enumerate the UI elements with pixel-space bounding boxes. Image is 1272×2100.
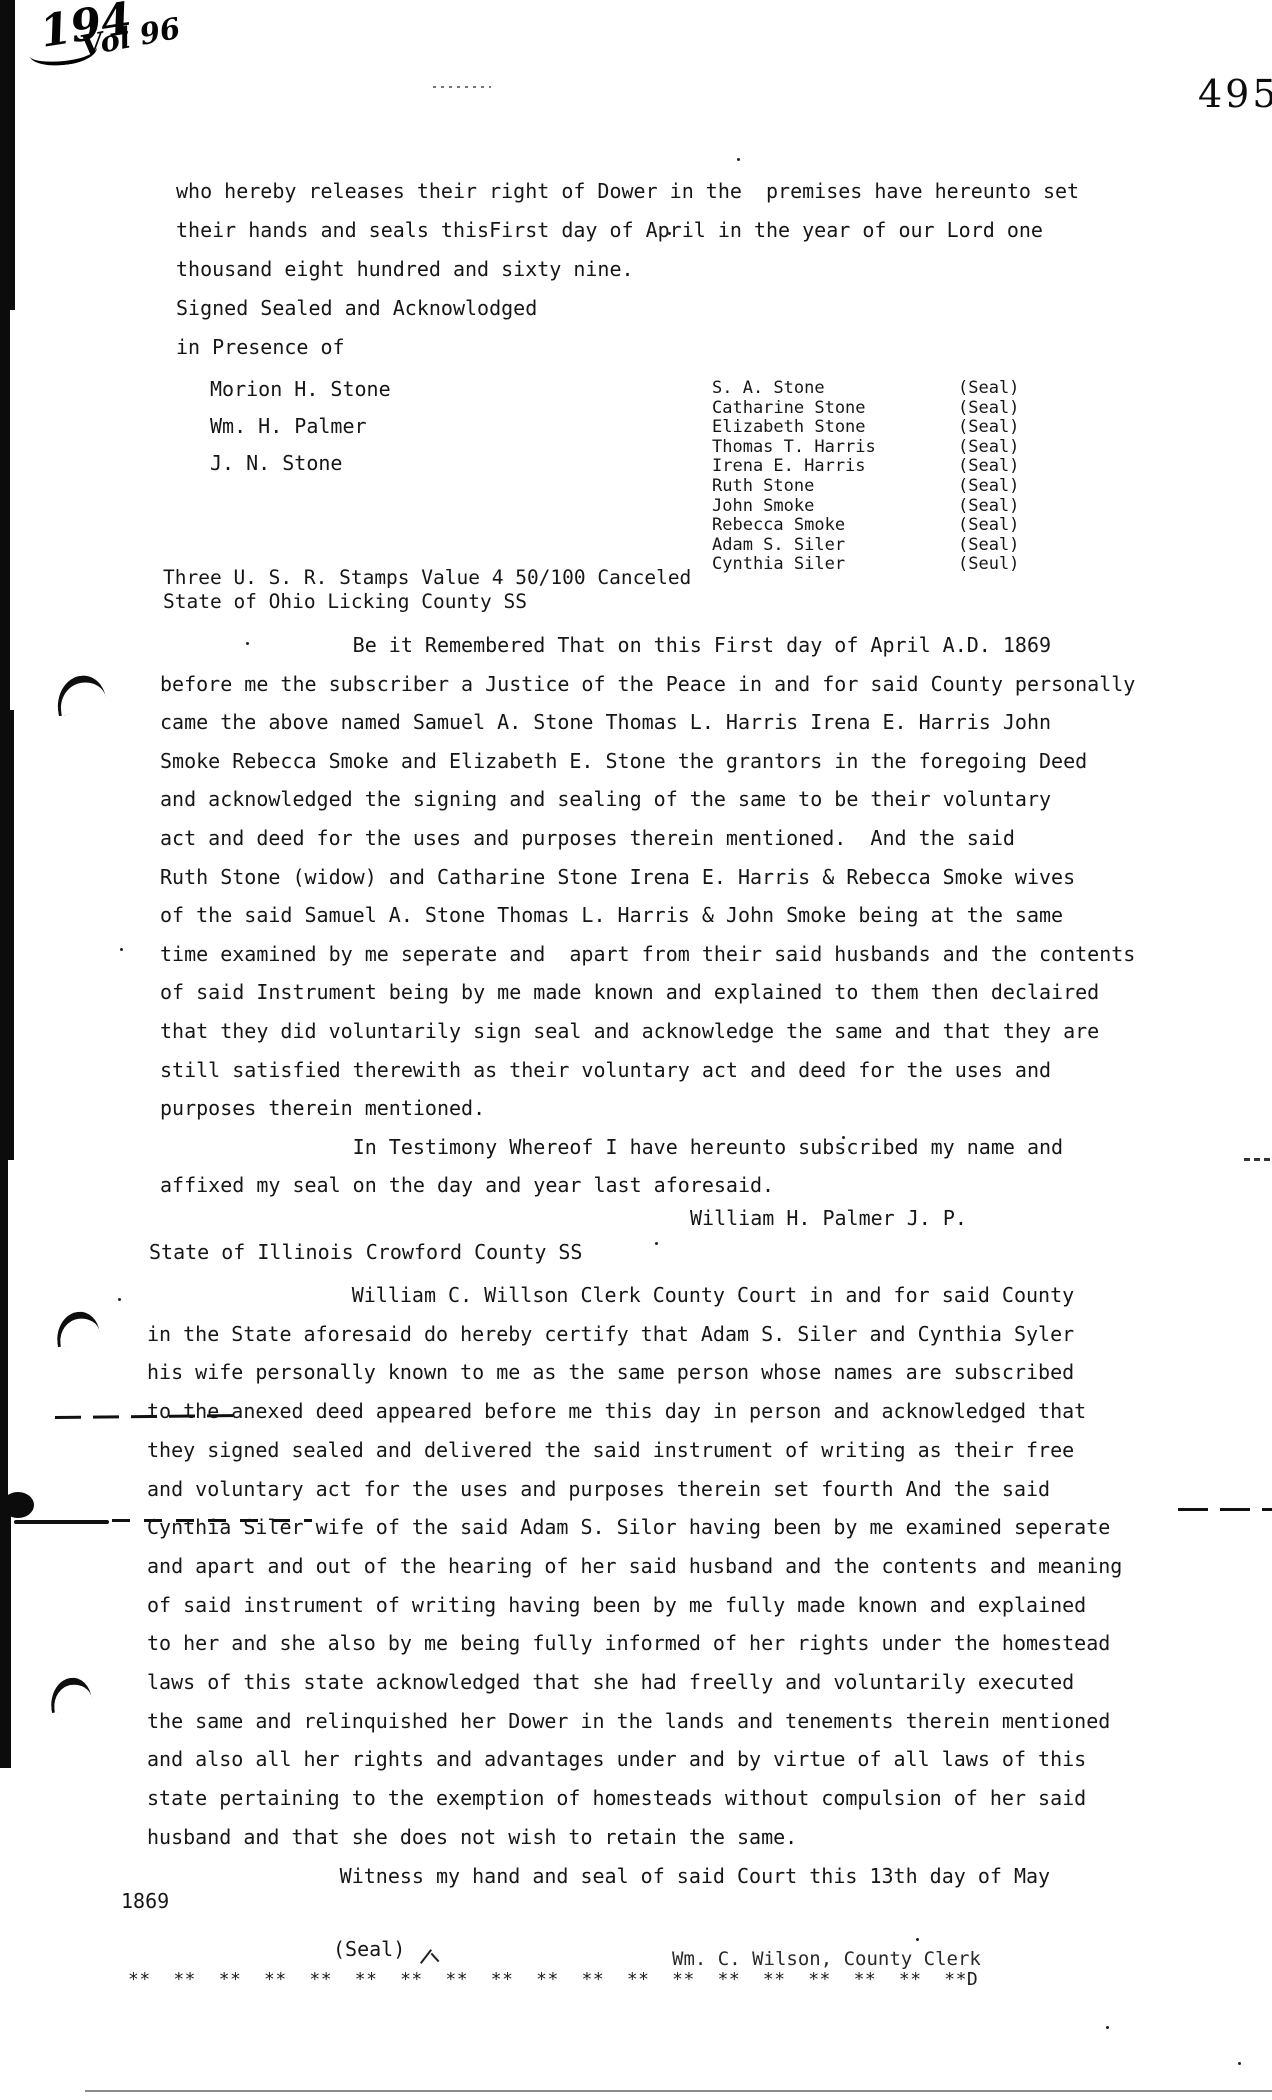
- seal-label: (Seal): [958, 497, 1019, 517]
- seal-label: (Seal): [958, 457, 1019, 477]
- text-line: Witness my hand and seal of said Court t…: [147, 1857, 1122, 1896]
- seal-label: (Seal): [958, 516, 1019, 536]
- seal-label: (Seal): [958, 536, 1019, 556]
- margin-arc-mark: [48, 1676, 92, 1713]
- handwritten-underline-swoosh: [29, 42, 99, 69]
- signer-name: Rebecca Smoke: [712, 516, 958, 536]
- text-line: state pertaining to the exemption of hom…: [147, 1779, 1122, 1818]
- ink-blob-artifact: [2, 1492, 34, 1518]
- signer-row: Cynthia Siler(Seul): [712, 555, 1042, 575]
- text-line: and voluntary act for the uses and purpo…: [147, 1470, 1122, 1509]
- signer-row: Elizabeth Stone(Seal): [712, 418, 1042, 438]
- seal-label: (Seal): [958, 399, 1019, 419]
- text-line: Smoke Rebecca Smoke and Elizabeth E. Sto…: [160, 742, 1135, 781]
- text-line: In Testimony Whereof I have hereunto sub…: [160, 1128, 1135, 1167]
- signer-list: S. A. Stone(Seal)Catharine Stone(Seal)El…: [712, 379, 1042, 575]
- signer-name: Cynthia Siler: [712, 555, 958, 575]
- left-edge-artifact: [0, 710, 14, 1160]
- text-line: still satisfied therewith as their volun…: [160, 1051, 1135, 1090]
- text-line: of said instrument of writing having bee…: [147, 1586, 1122, 1625]
- signer-name: S. A. Stone: [712, 379, 958, 399]
- text-line: laws of this state acknowledged that she…: [147, 1663, 1122, 1702]
- left-edge-artifact: [0, 1510, 11, 1768]
- margin-arc-mark: [54, 673, 108, 716]
- text-line: before me the subscriber a Justice of th…: [160, 665, 1135, 704]
- text-line: Signed Sealed and Acknowlodged: [176, 289, 1079, 328]
- revenue-stamp-note: Three U. S. R. Stamps Value 4 50/100 Can…: [163, 566, 691, 614]
- text-line: thousand eight hundred and sixty nine.: [176, 250, 1079, 289]
- year-line: 1869: [121, 1889, 169, 1913]
- signer-row: S. A. Stone(Seal): [712, 379, 1042, 399]
- text-line: Be it Remembered That on this First day …: [160, 626, 1135, 665]
- signer-name: Catharine Stone: [712, 399, 958, 419]
- text-line: State of Ohio Licking County SS: [163, 590, 691, 614]
- text-line: of the said Samuel A. Stone Thomas L. Ha…: [160, 896, 1135, 935]
- signer-row: Adam S. Siler(Seal): [712, 536, 1042, 556]
- speck: [118, 1298, 121, 1301]
- text-line: and acknowledged the signing and sealing…: [160, 780, 1135, 819]
- text-line: husband and that she does not wish to re…: [147, 1818, 1122, 1857]
- text-line: of said Instrument being by me made know…: [160, 973, 1135, 1012]
- text-line: act and deed for the uses and purposes t…: [160, 819, 1135, 858]
- illinois-acknowledgment-paragraph: William C. Willson Clerk County Court in…: [147, 1276, 1122, 1895]
- signer-name: Thomas T. Harris: [712, 438, 958, 458]
- signer-name: Elizabeth Stone: [712, 418, 958, 438]
- text-line: Wm. H. Palmer: [210, 408, 391, 445]
- seal-label: (Seal): [958, 438, 1019, 458]
- text-line: William C. Willson Clerk County Court in…: [147, 1276, 1122, 1315]
- text-line: affixed my seal on the day and year last…: [160, 1166, 1135, 1205]
- text-line: Cynthia Siler wife of the said Adam S. S…: [147, 1508, 1122, 1547]
- pen-tick-mark: [420, 1949, 432, 1964]
- text-line: that they did voluntarily sign seal and …: [160, 1012, 1135, 1051]
- pen-tick-mark: [431, 1953, 440, 1963]
- justice-of-peace-signature: William H. Palmer J. P.: [690, 1206, 967, 1230]
- text-line: to the anexed deed appeared before me th…: [147, 1392, 1122, 1431]
- seal-label: (Seal): [958, 477, 1019, 497]
- signer-name: Irena E. Harris: [712, 457, 958, 477]
- text-line: came the above named Samuel A. Stone Tho…: [160, 703, 1135, 742]
- margin-arc-mark: [54, 1310, 100, 1347]
- faint-dots-artifact: [433, 86, 491, 88]
- margin-dash-line: [1244, 1158, 1270, 1161]
- left-edge-artifact: [0, 310, 10, 710]
- seal-label: (Seal): [958, 418, 1019, 438]
- signer-name: John Smoke: [712, 497, 958, 517]
- speck: [120, 948, 123, 951]
- margin-dash-line: [14, 1520, 109, 1524]
- left-edge-artifact: [0, 0, 15, 310]
- seal-label: (Seal): [958, 379, 1019, 399]
- asterisk-divider: ** ** ** ** ** ** ** ** ** ** ** ** ** *…: [128, 1969, 978, 1990]
- county-clerk-signature: Wm. C. Wilson, County Clerk: [672, 1948, 981, 1970]
- text-line: their hands and seals thisFirst day of A…: [176, 211, 1079, 250]
- text-line: in Presence of: [176, 328, 1079, 367]
- speck: [1106, 2026, 1109, 2029]
- speck: [916, 1938, 919, 1941]
- text-line: and apart and out of the hearing of her …: [147, 1547, 1122, 1586]
- witness-list: Morion H. StoneWm. H. PalmerJ. N. Stone: [210, 371, 391, 482]
- text-line: Three U. S. R. Stamps Value 4 50/100 Can…: [163, 566, 691, 590]
- text-line: in the State aforesaid do hereby certify…: [147, 1315, 1122, 1354]
- speck: [1238, 2062, 1241, 2065]
- signer-row: Ruth Stone(Seal): [712, 477, 1042, 497]
- document-page: 194 Vol 96 495 who hereby releases their…: [0, 0, 1272, 2100]
- page-number: 495: [1198, 72, 1272, 116]
- text-line: who hereby releases their right of Dower…: [176, 172, 1079, 211]
- text-line: his wife personally known to me as the s…: [147, 1353, 1122, 1392]
- seal-label: (Seul): [958, 555, 1019, 575]
- text-line: time examined by me seperate and apart f…: [160, 935, 1135, 974]
- signer-row: Irena E. Harris(Seal): [712, 457, 1042, 477]
- text-line: they signed sealed and delivered the sai…: [147, 1431, 1122, 1470]
- signer-name: Adam S. Siler: [712, 536, 958, 556]
- signer-row: John Smoke(Seal): [712, 497, 1042, 517]
- text-line: Morion H. Stone: [210, 371, 391, 408]
- left-edge-artifact: [0, 1160, 8, 1510]
- speck: [737, 158, 740, 161]
- signer-row: Thomas T. Harris(Seal): [712, 438, 1042, 458]
- text-line: Ruth Stone (widow) and Catharine Stone I…: [160, 858, 1135, 897]
- bottom-rule: [85, 2090, 1272, 2092]
- text-line: J. N. Stone: [210, 445, 391, 482]
- text-line: and also all her rights and advantages u…: [147, 1740, 1122, 1779]
- illinois-venue-line: State of Illinois Crowford County SS: [149, 1240, 582, 1264]
- signer-row: Catharine Stone(Seal): [712, 399, 1042, 419]
- text-line: to her and she also by me being fully in…: [147, 1624, 1122, 1663]
- speck: [655, 1242, 658, 1245]
- signer-name: Ruth Stone: [712, 477, 958, 497]
- text-line: purposes therein mentioned.: [160, 1089, 1135, 1128]
- text-line: the same and relinquished her Dower in t…: [147, 1702, 1122, 1741]
- ohio-acknowledgment-paragraph: Be it Remembered That on this First day …: [160, 626, 1135, 1205]
- signer-row: Rebecca Smoke(Seal): [712, 516, 1042, 536]
- margin-dash-line: [1178, 1508, 1272, 1511]
- closing-clause-paragraph: who hereby releases their right of Dower…: [176, 172, 1079, 367]
- seal-label: (Seal): [333, 1937, 405, 1961]
